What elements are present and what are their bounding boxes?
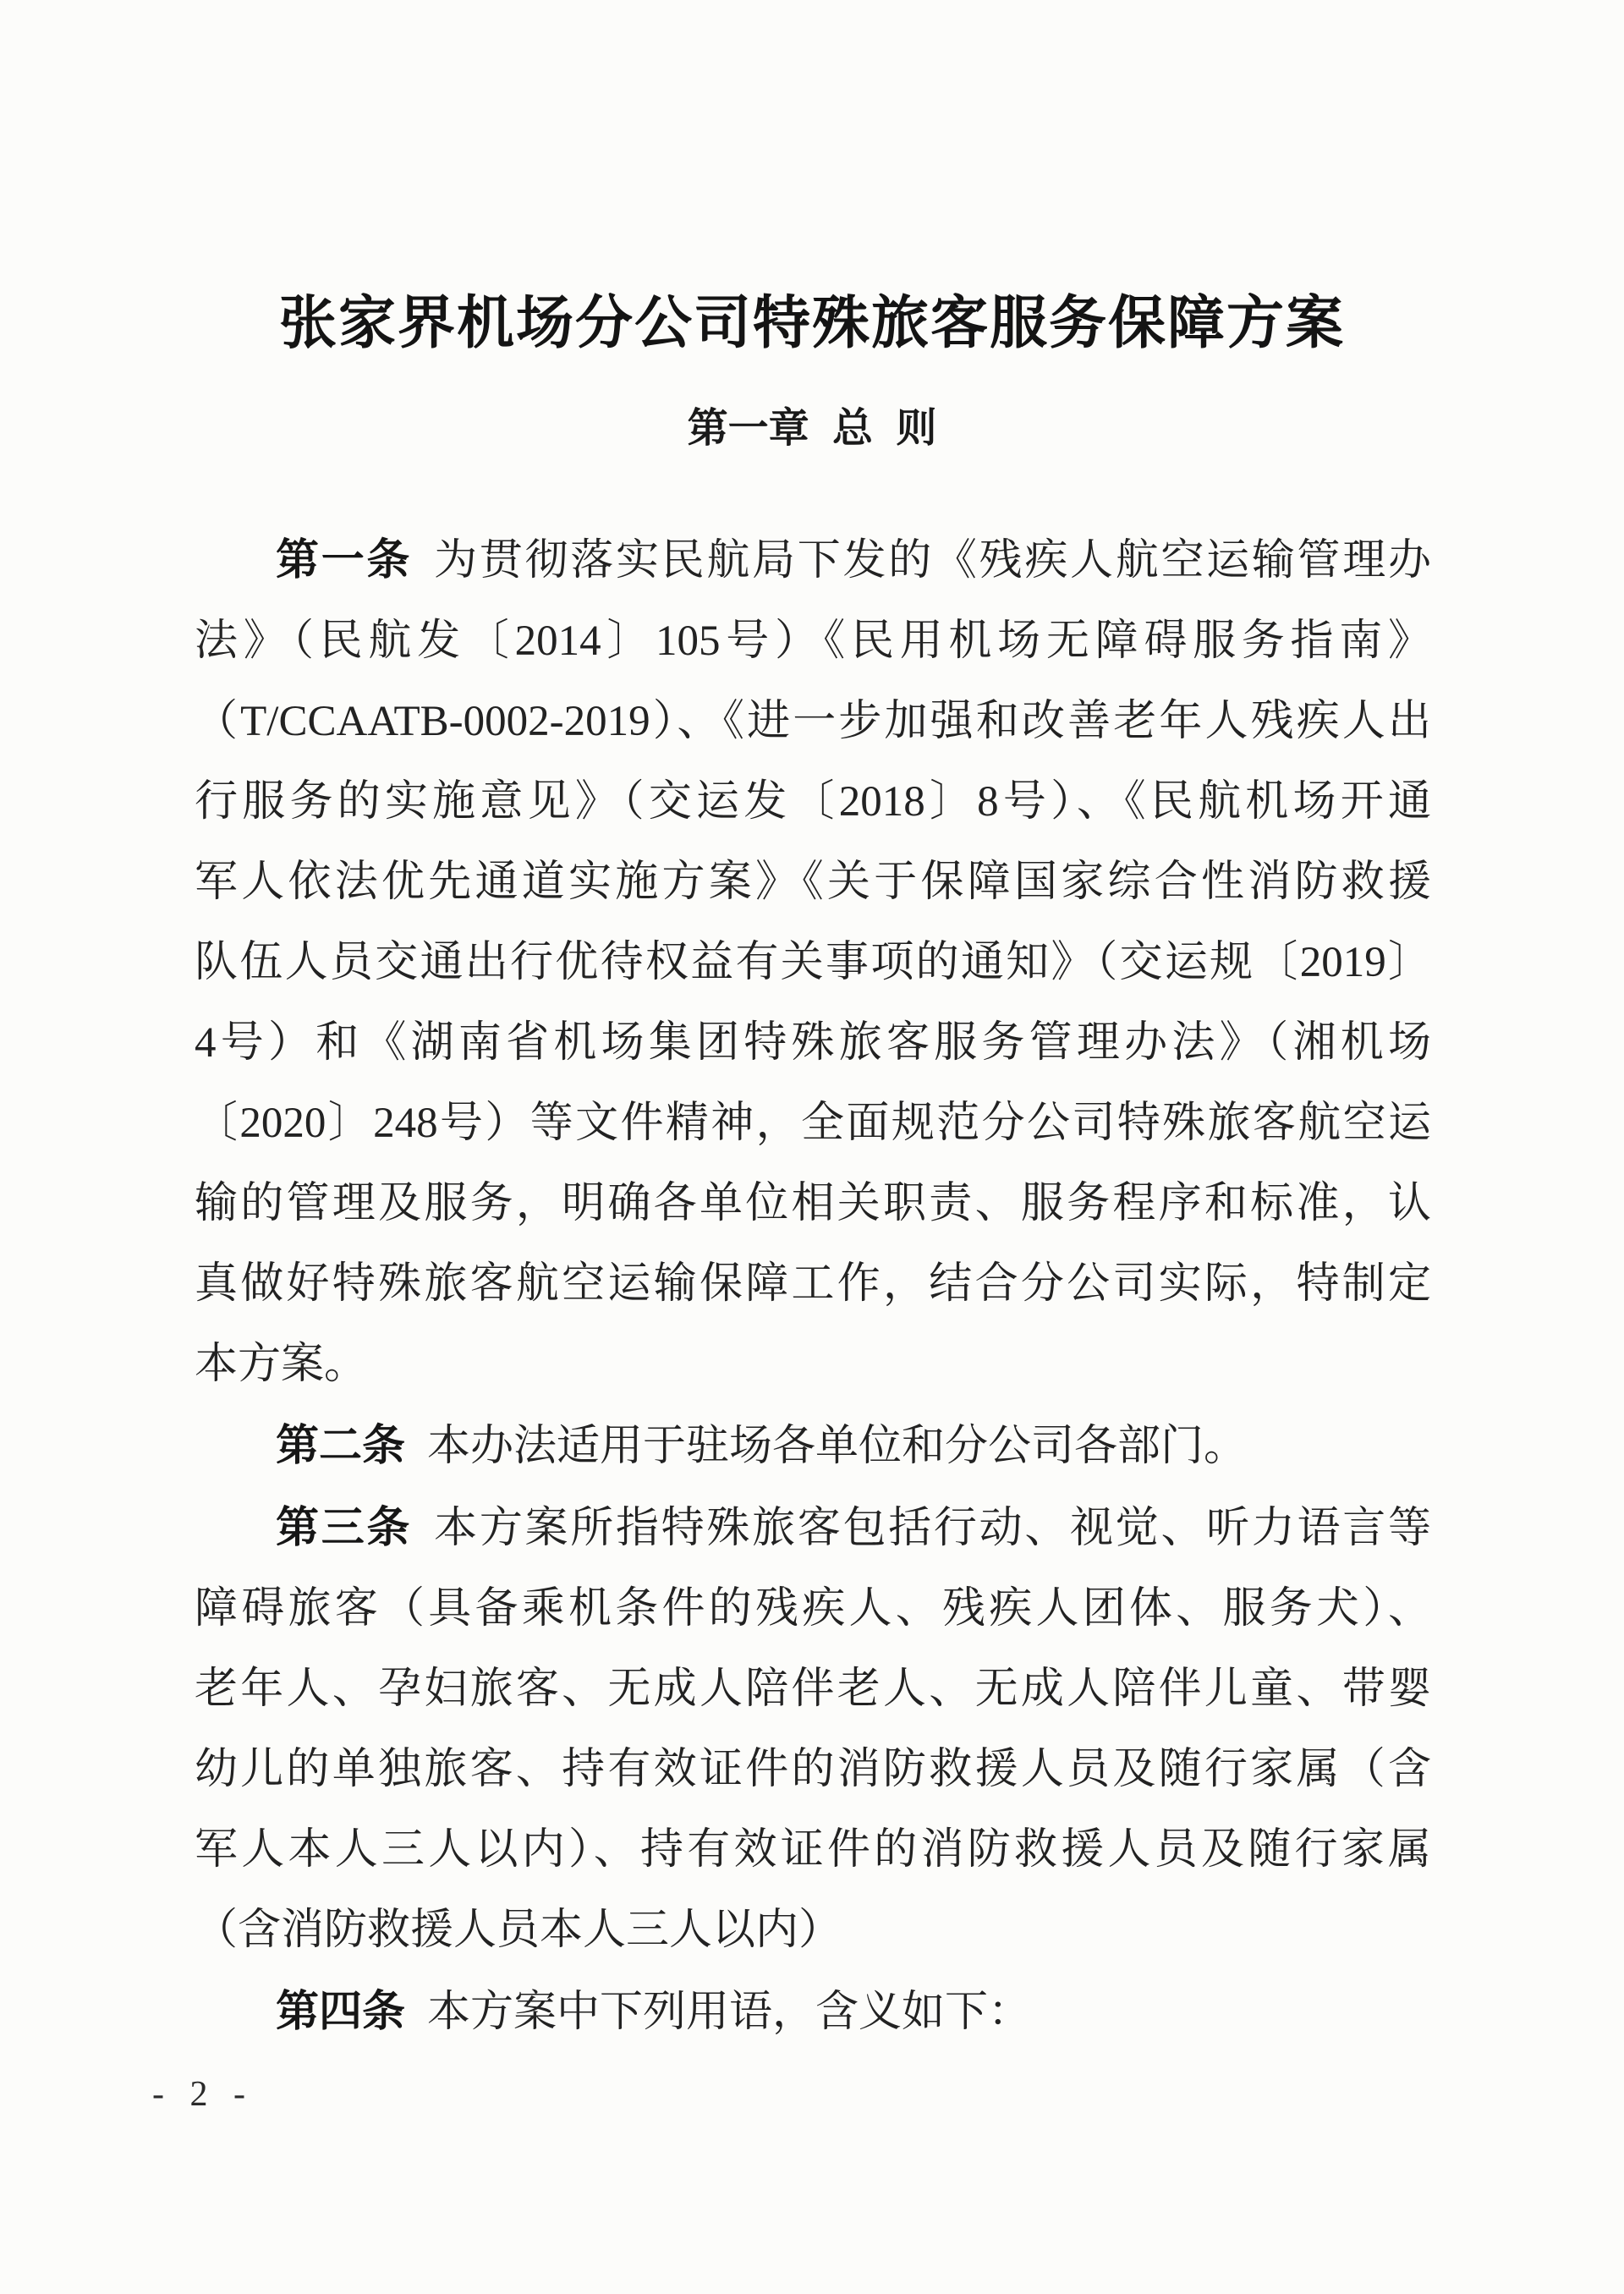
body-line: 老年人、孕妇旅客、无成人陪伴老人、无成人陪伴儿童、带婴 bbox=[195, 1649, 1431, 1730]
article-4: 第四条本方案中下列用语，含义如下： bbox=[195, 1971, 1431, 2053]
body-line: 军人依法优先通道实施方案》《关于保障国家综合性消防救援 bbox=[195, 842, 1431, 923]
body-line: （含消防救援人员本人三人以内） bbox=[195, 1891, 1431, 1971]
article-3-text: 本方案所指特殊旅客包括行动、视觉、听力语言等 bbox=[434, 1505, 1431, 1552]
body-line: 第二条本办法适用于驻场各单位和分公司各部门。 bbox=[195, 1405, 1431, 1487]
document-body: 第一条为贯彻落实民航局下发的《残疾人航空运输管理办 法》（民航发〔2014〕10… bbox=[195, 519, 1431, 2053]
body-line: 输的管理及服务，明确各单位相关职责、服务程序和标准，认 bbox=[195, 1164, 1431, 1244]
chapter-heading: 第一章 总 则 bbox=[0, 399, 1624, 458]
body-line: 真做好特殊旅客航空运输保障工作，结合分公司实际，特制定 bbox=[195, 1244, 1431, 1325]
body-line: 第一条为贯彻落实民航局下发的《残疾人航空运输管理办 bbox=[195, 519, 1431, 601]
article-2: 第二条本办法适用于驻场各单位和分公司各部门。 bbox=[195, 1405, 1431, 1487]
document-page: 张家界机场分公司特殊旅客服务保障方案 第一章 总 则 第一条为贯彻落实民航局下发… bbox=[0, 0, 1624, 2294]
body-line: 第三条本方案所指特殊旅客包括行动、视觉、听力语言等 bbox=[195, 1487, 1431, 1569]
body-line: 本方案。 bbox=[195, 1325, 1431, 1405]
body-line: 军人本人三人以内）、持有效证件的消防救援人员及随行家属 bbox=[195, 1810, 1431, 1891]
article-4-text: 本方案中下列用语，含义如下： bbox=[427, 1989, 1031, 2036]
body-line: 4号）和《湖南省机场集团特殊旅客服务管理办法》（湘机场 bbox=[195, 1003, 1431, 1084]
article-3-lead: 第三条 bbox=[276, 1503, 412, 1551]
body-line: 障碍旅客（具备乘机条件的残疾人、残疾人团体、服务犬）、 bbox=[195, 1569, 1431, 1649]
body-line: 行服务的实施意见》（交运发〔2018〕8号）、《民航机场开通 bbox=[195, 762, 1431, 842]
body-line: 队伍人员交通出行优待权益有关事项的通知》（交运规〔2019〕 bbox=[195, 923, 1431, 1003]
body-line: （T/CCAATB-0002-2019）、《进一步加强和改善老年人残疾人出 bbox=[195, 682, 1431, 762]
body-line: 法》（民航发〔2014〕105号）《民用机场无障碍服务指南》 bbox=[195, 601, 1431, 682]
article-1: 第一条为贯彻落实民航局下发的《残疾人航空运输管理办 法》（民航发〔2014〕10… bbox=[195, 519, 1431, 1405]
article-4-lead: 第四条 bbox=[276, 1987, 405, 2035]
body-line: 〔2020〕248号）等文件精神，全面规范分公司特殊旅客航空运 bbox=[195, 1084, 1431, 1164]
article-1-text: 为贯彻落实民航局下发的《残疾人航空运输管理办 bbox=[434, 537, 1431, 584]
document-title: 张家界机场分公司特殊旅客服务保障方案 bbox=[0, 0, 1624, 365]
article-2-lead: 第二条 bbox=[276, 1421, 405, 1469]
body-line: 幼儿的单独旅客、持有效证件的消防救援人员及随行家属（含 bbox=[195, 1730, 1431, 1810]
article-1-lead: 第一条 bbox=[276, 535, 412, 584]
article-3: 第三条本方案所指特殊旅客包括行动、视觉、听力语言等 障碍旅客（具备乘机条件的残疾… bbox=[195, 1487, 1431, 1971]
page-number: - 2 - bbox=[152, 2074, 254, 2115]
article-2-text: 本办法适用于驻场各单位和分公司各部门。 bbox=[427, 1423, 1247, 1470]
body-line: 第四条本方案中下列用语，含义如下： bbox=[195, 1971, 1431, 2053]
